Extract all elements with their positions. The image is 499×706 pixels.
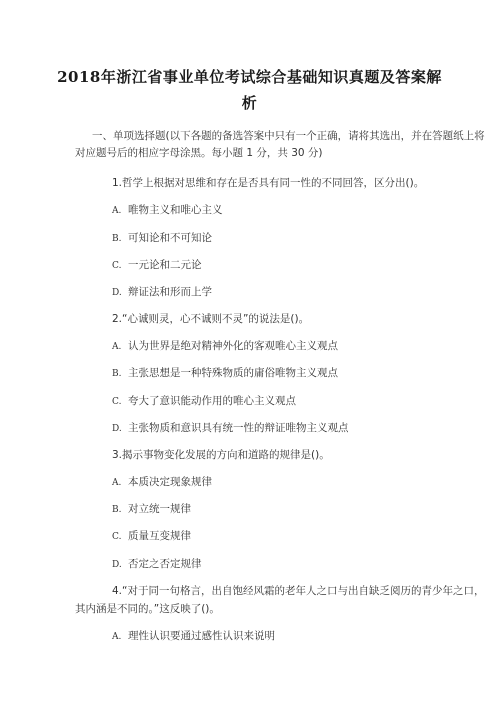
option-text: 唯物主义和唯心主义 bbox=[128, 204, 223, 216]
option-text: 一元论和二元论 bbox=[128, 259, 202, 271]
question-1-option-a: A.唯物主义和唯心主义 bbox=[112, 202, 223, 217]
question-3-option-d: D.否定之否定规律 bbox=[112, 556, 202, 571]
question-3-option-c: C.质量互变规律 bbox=[112, 528, 191, 543]
section-intro-line1: 一、单项选择题(以下各题的备选答案中只有一个正确，请将其选出，并在答题纸上将 bbox=[92, 128, 485, 143]
question-3-stem: 3.揭示事物变化发展的方向和道路的规律是()。 bbox=[112, 447, 330, 462]
option-letter: C. bbox=[112, 397, 128, 407]
question-3-option-a: A.本质决定现象规律 bbox=[112, 474, 212, 489]
document-title-line2: 析 bbox=[0, 92, 499, 113]
question-1-option-b: B.可知论和不可知论 bbox=[112, 230, 212, 245]
question-2-option-c: C.夸大了意识能动作用的唯心主义观点 bbox=[112, 393, 296, 408]
option-text: 质量互变规律 bbox=[128, 530, 191, 542]
option-letter: D. bbox=[112, 424, 128, 434]
question-1-option-d: D.辩证法和形而上学 bbox=[112, 284, 212, 299]
option-letter: D. bbox=[112, 560, 128, 570]
question-2-option-a: A.认为世界是绝对精神外化的客观唯心主义观点 bbox=[112, 338, 338, 353]
option-letter: B. bbox=[112, 234, 128, 244]
option-letter: A. bbox=[112, 478, 128, 488]
option-letter: B. bbox=[112, 505, 128, 515]
option-text: 主张物质和意识具有统一性的辩证唯物主义观点 bbox=[128, 422, 349, 434]
question-2-option-d: D.主张物质和意识具有统一性的辩证唯物主义观点 bbox=[112, 420, 349, 435]
option-letter: C. bbox=[112, 261, 128, 271]
option-letter: C. bbox=[112, 532, 128, 542]
question-4-option-a: A.理性认识要通过感性认识来说明 bbox=[112, 628, 275, 643]
option-text: 认为世界是绝对精神外化的客观唯心主义观点 bbox=[128, 340, 338, 352]
question-2-stem: 2.“心诚则灵，心不诚则不灵”的说法是()。 bbox=[112, 311, 309, 326]
question-1-option-c: C.一元论和二元论 bbox=[112, 257, 202, 272]
question-3-option-b: B.对立统一规律 bbox=[112, 501, 191, 516]
option-text: 辩证法和形而上学 bbox=[128, 286, 212, 298]
option-letter: D. bbox=[112, 288, 128, 298]
option-text: 本质决定现象规律 bbox=[128, 476, 212, 488]
question-4-stem-line2: 其内涵是不同的。”这反映了()。 bbox=[75, 601, 220, 616]
question-4-stem-line1: 4.“对于同一句格言，出自饱经风霜的老年人之口与出自缺乏阅历的青少年之口， bbox=[112, 583, 484, 598]
option-letter: A. bbox=[112, 206, 128, 216]
option-text: 可知论和不可知论 bbox=[128, 232, 212, 244]
question-1-stem: 1.哲学上根据对思维和存在是否具有同一性的不同回答，区分出()。 bbox=[112, 175, 424, 190]
option-text: 否定之否定规律 bbox=[128, 558, 202, 570]
question-2-option-b: B.主张思想是一种特殊物质的庸俗唯物主义观点 bbox=[112, 365, 338, 380]
option-text: 理性认识要通过感性认识来说明 bbox=[128, 630, 275, 642]
option-text: 主张思想是一种特殊物质的庸俗唯物主义观点 bbox=[128, 367, 338, 379]
option-letter: A. bbox=[112, 342, 128, 352]
document-title-line1: 2018年浙江省事业单位考试综合基础知识真题及答案解 bbox=[0, 66, 499, 87]
option-letter: B. bbox=[112, 369, 128, 379]
option-letter: A. bbox=[112, 632, 128, 642]
option-text: 夸大了意识能动作用的唯心主义观点 bbox=[128, 395, 296, 407]
option-text: 对立统一规律 bbox=[128, 503, 191, 515]
section-intro-line2: 对应题号后的相应字母涂黑。每小题 1 分，共 30 分) bbox=[75, 145, 323, 160]
